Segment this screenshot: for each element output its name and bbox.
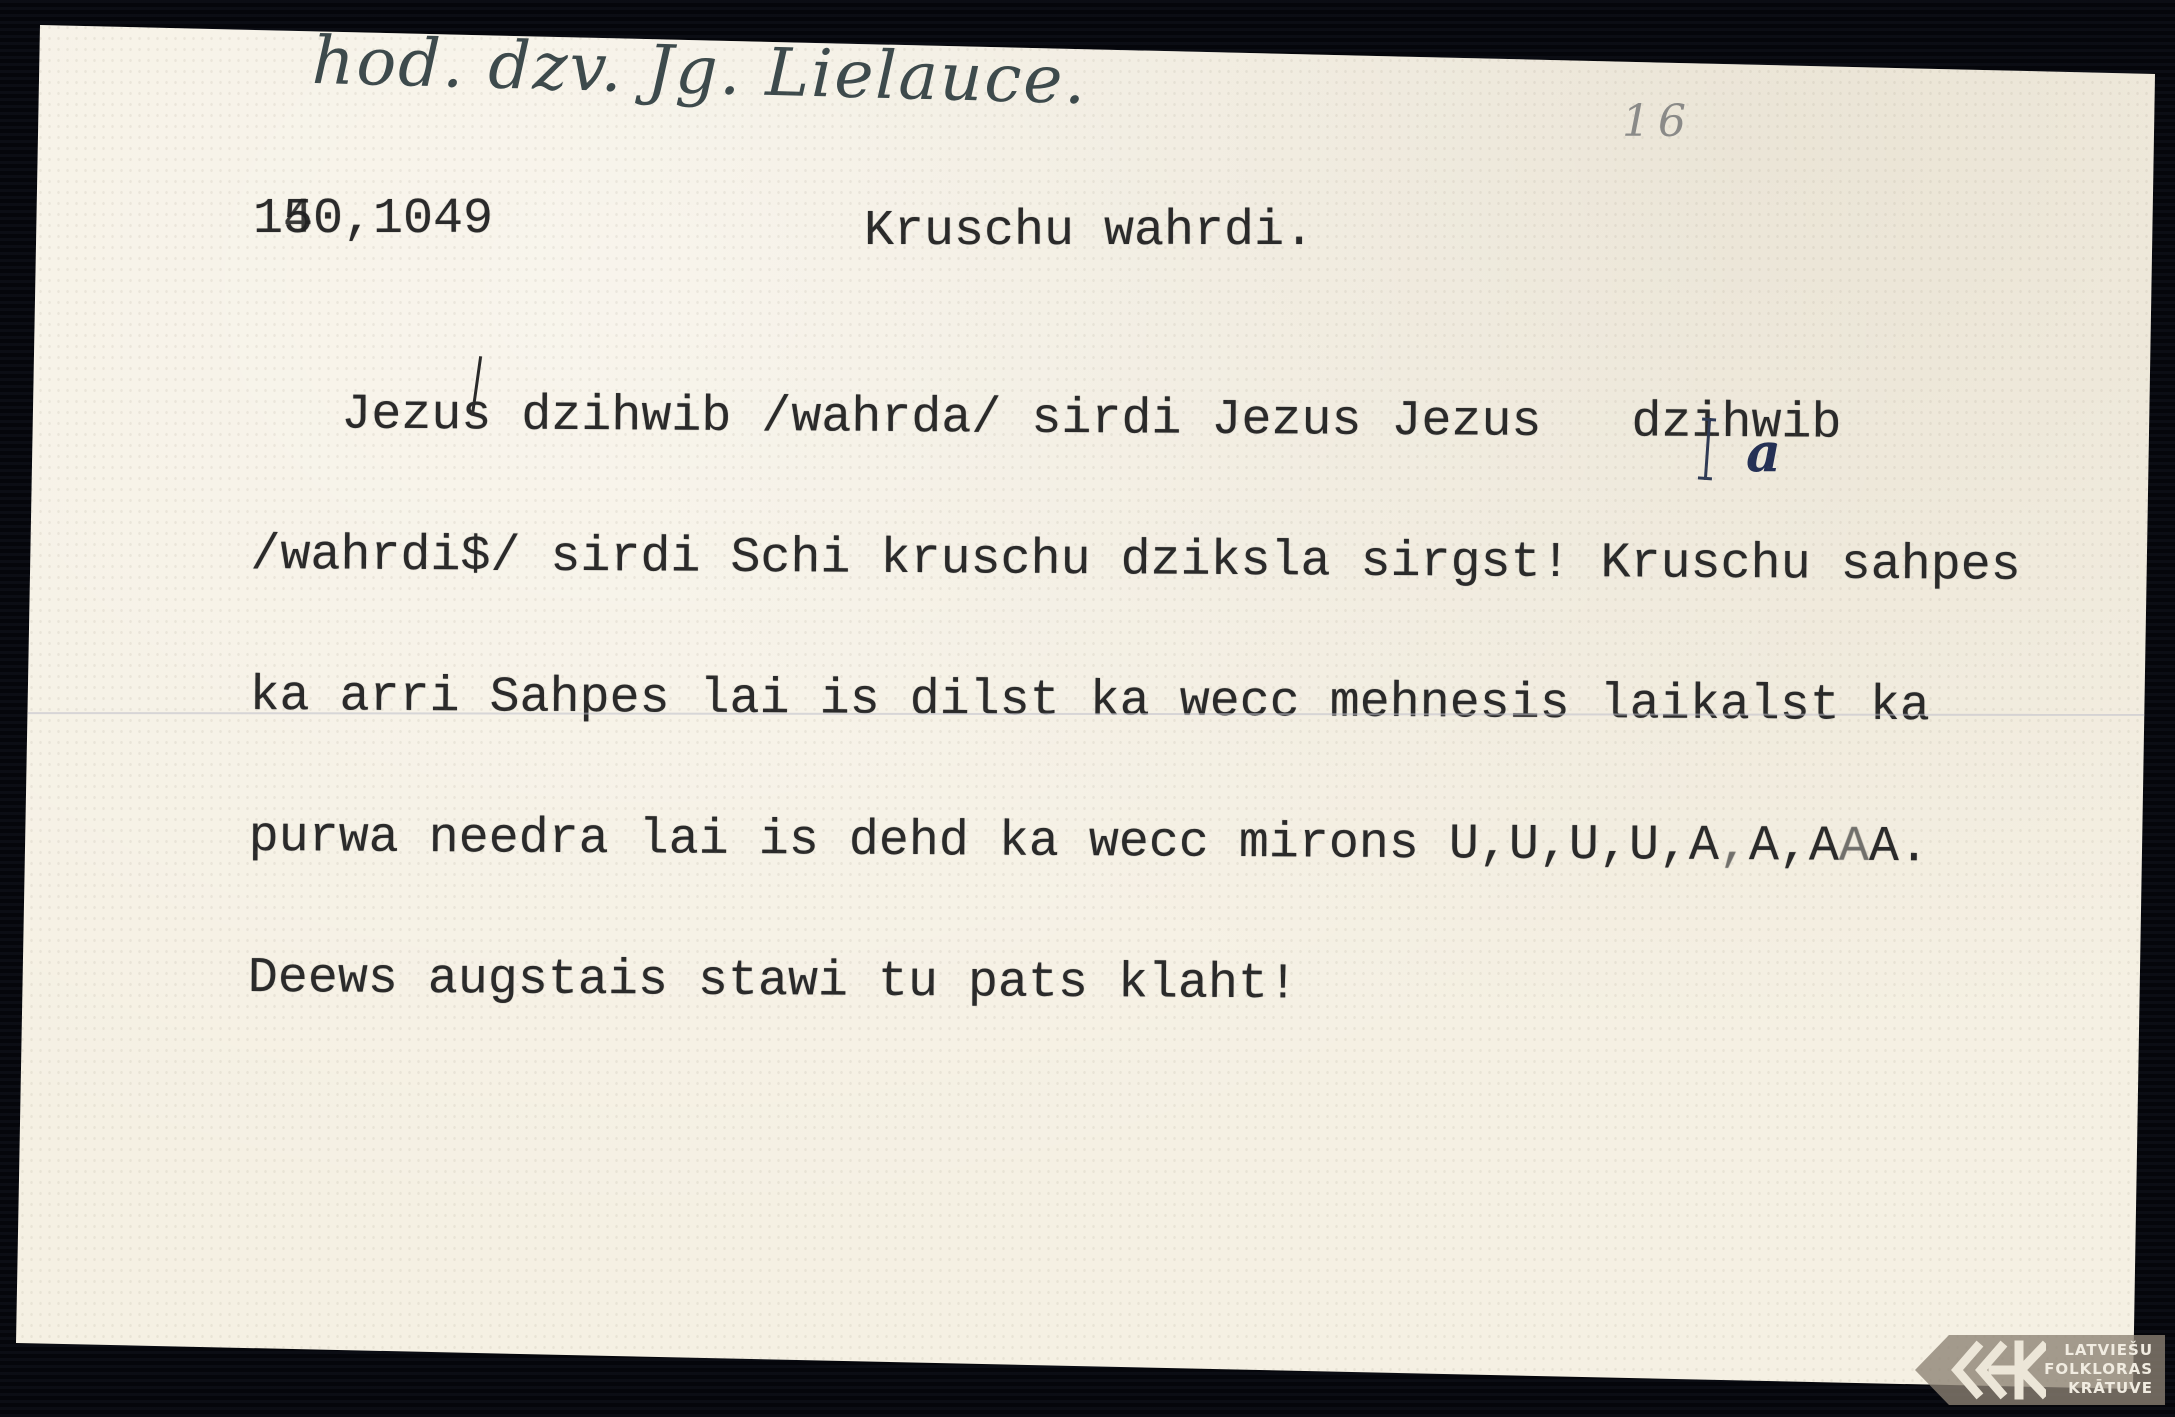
overstruck-digit: 45 xyxy=(283,196,313,243)
body-line-4-mid: A,A xyxy=(1749,818,1839,876)
body-line-4-main: purwa needra lai is dehd ka wecc mirons … xyxy=(249,809,1720,875)
page-mark: 16 xyxy=(1622,96,1694,147)
watermark-line-1: LATVIEŠU xyxy=(2044,1341,2153,1360)
faint-comma: , xyxy=(1719,818,1749,875)
card-title: Kruschu wahrdi. xyxy=(864,208,1314,255)
catalog-number-rest: 0,1049 xyxy=(313,191,493,248)
watermark-text: LATVIEŠU FOLKLORAS KRĀTUVE xyxy=(2044,1341,2153,1398)
lfk-logo-icon xyxy=(1951,1339,2046,1401)
scan-background: hod. dzv. Jg. Lielauce. 16 1450,1049 Kru… xyxy=(0,0,2175,1417)
faint-letter: A xyxy=(1839,819,1869,876)
body-text: Jezus dzihwib /wahrda/ sirdi Jezus Jezus… xyxy=(247,297,2022,1107)
index-card: hod. dzv. Jg. Lielauce. 16 1450,1049 Kru… xyxy=(0,0,2175,1417)
body-line-4: purwa needra lai is dehd ka wecc mirons … xyxy=(249,814,2020,872)
watermark-line-3: KRĀTUVE xyxy=(2044,1379,2153,1398)
body-line-5: Deews augstais stawi tu pats klaht! xyxy=(248,955,2019,1013)
body-line-4-end: A. xyxy=(1869,819,1929,876)
body-line-3: ka arri Sahpes lai is dilst ka wecc mehn… xyxy=(249,673,2020,731)
watermark-line-2: FOLKLORAS xyxy=(2044,1360,2153,1379)
overstruck-under-digit: 4 xyxy=(283,196,313,243)
body-line-2: /wahrdi$/ sirdi Schi kruschu dziksla sir… xyxy=(250,532,2021,590)
catalog-number: 1450,1049 xyxy=(253,196,493,243)
handwritten-correction-letter: a xyxy=(1746,420,1781,484)
handwritten-annotation: hod. dzv. Jg. Lielauce. xyxy=(311,22,1088,119)
catalog-number-prefix: 1 xyxy=(253,191,283,248)
archive-watermark: LATVIEŠU FOLKLORAS KRĀTUVE xyxy=(1915,1335,2165,1405)
